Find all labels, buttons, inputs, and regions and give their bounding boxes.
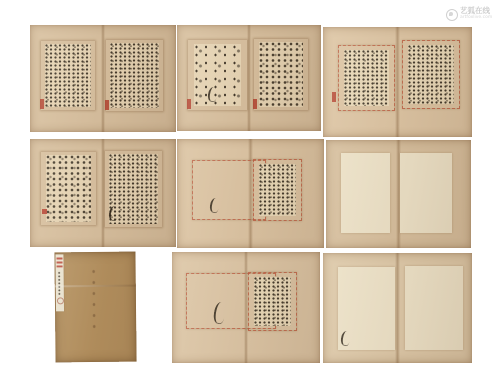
photo-spread-4 [30,139,176,247]
tall-calligraphy-leaf [341,153,390,233]
red-bordered-letter-panel [402,40,460,109]
calligraphy-leaf [253,38,309,111]
watermark: 艺狐在线 artfoxlive.com [446,7,492,21]
red-seal-stamp [42,209,47,214]
tall-calligraphy-leaf [405,266,463,350]
photo-spread-5 [177,139,324,248]
calligraphy-leaf [40,40,95,111]
catalog-photo-sheet: 艺狐在线 artfoxlive.com [0,0,500,391]
round-stamp-icon [57,298,64,305]
watermark-logo-icon [446,9,458,21]
cover-brush-title [89,266,99,334]
red-collector-label [105,100,109,110]
watermark-text-block: 艺狐在线 artfoxlive.com [460,7,492,21]
photo-spread-2 [177,25,321,131]
red-bordered-letter-panel [338,45,395,111]
slip-small-characters [58,272,61,296]
calligraphy-leaf [104,150,162,228]
photo-spread-7 [172,252,320,363]
red-collector-label [253,99,257,109]
photo-spread-6 [326,140,471,248]
signature-flourish [206,87,217,103]
cover-title-slip [56,255,64,312]
calligraphy-leaf-large-script [187,39,247,111]
signature-flourish [108,206,119,222]
red-bordered-letter-panel [248,272,297,331]
calligraphy-leaf [40,151,97,227]
signature-flourish [209,197,220,213]
red-collector-label [332,92,336,102]
watermark-title: 艺狐在线 [460,7,492,15]
photo-album-cover [54,252,136,363]
tall-calligraphy-leaf [400,153,452,233]
tall-calligraphy-leaf [338,267,395,351]
signature-flourish [212,302,227,326]
photo-spread-1 [30,25,176,132]
red-collector-label [40,99,44,109]
watermark-url: artfoxlive.com [460,15,492,21]
photo-spread-8 [323,253,472,363]
signature-flourish [340,331,351,347]
red-collector-label [187,99,191,109]
photo-spread-3 [323,27,472,137]
red-bordered-letter-panel [253,159,302,221]
slip-red-characters [57,257,63,268]
calligraphy-leaf [105,39,163,112]
